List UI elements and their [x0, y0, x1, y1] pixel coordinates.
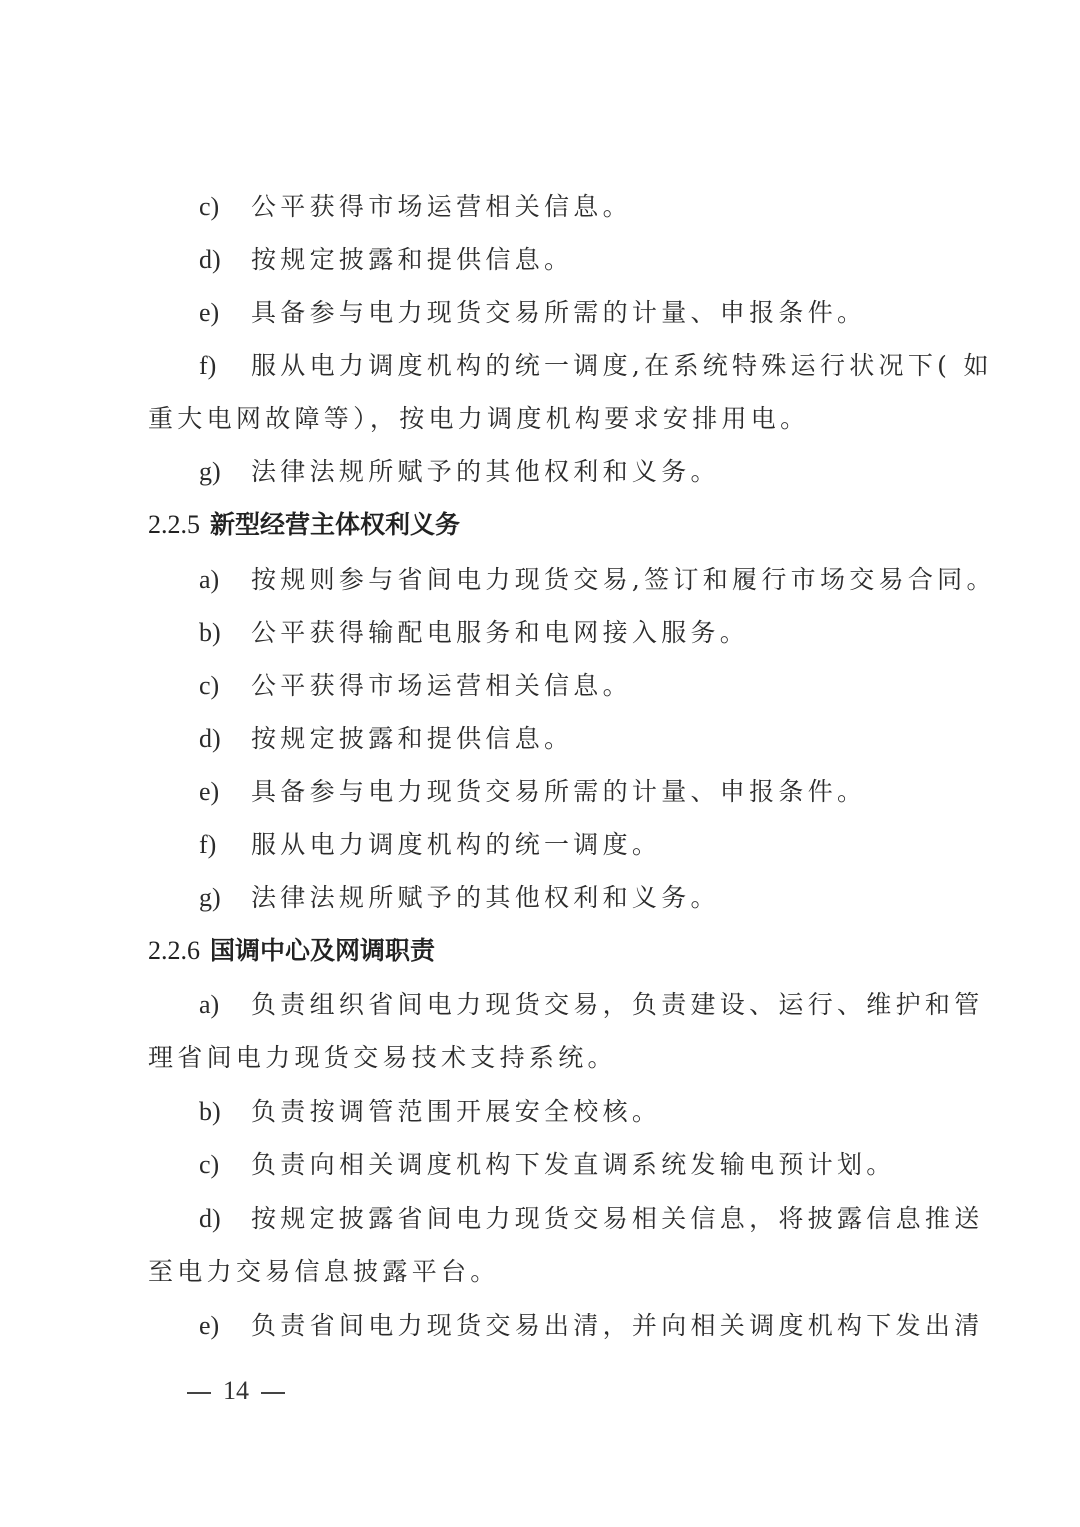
- section-heading: 2.2.5新型经营主体权利义务: [148, 505, 460, 545]
- list-item: d)按规定披露和提供信息。: [199, 240, 989, 280]
- item-text: 按规定披露和提供信息。: [251, 245, 573, 274]
- item-label: c): [199, 1145, 251, 1185]
- item-label: c): [199, 666, 251, 706]
- item-text: 负责向相关调度机构下发直调系统发输电预计划。: [251, 1150, 896, 1179]
- list-item-continuation: 重大电网故障等），按电力调度机构要求安排用电。: [148, 399, 938, 439]
- item-label: g): [199, 452, 251, 492]
- list-item: g)法律法规所赋予的其他权利和义务。: [199, 452, 989, 492]
- item-label: b): [199, 613, 251, 653]
- item-text: 服从电力调度机构的统一调度。: [251, 830, 661, 859]
- list-item: g)法律法规所赋予的其他权利和义务。: [199, 878, 989, 918]
- dash-decoration: [261, 1392, 285, 1394]
- item-label: e): [199, 772, 251, 812]
- list-item: c)公平获得市场运营相关信息。: [199, 187, 989, 227]
- item-label: d): [199, 240, 251, 280]
- list-item: e)具备参与电力现货交易所需的计量、申报条件。: [199, 293, 989, 333]
- item-label: f): [199, 825, 251, 865]
- page-number: 14: [175, 1373, 297, 1409]
- item-text: 具备参与电力现货交易所需的计量、申报条件。: [251, 298, 866, 327]
- list-item-continuation: 至电力交易信息披露平台。: [148, 1252, 938, 1292]
- item-text: 按规则参与省间电力现货交易,签订和履行市场交易合同。: [251, 565, 996, 594]
- dash-decoration: [187, 1392, 211, 1394]
- list-item: c)公平获得市场运营相关信息。: [199, 666, 989, 706]
- list-item: a)按规则参与省间电力现货交易,签订和履行市场交易合同。: [199, 560, 989, 600]
- section-number: 2.2.6: [148, 936, 200, 965]
- item-text: 负责按调管范围开展安全校核。: [251, 1097, 661, 1126]
- page-number-value: 14: [223, 1376, 249, 1405]
- item-text: 公平获得输配电服务和电网接入服务。: [251, 618, 749, 647]
- item-text: 服从电力调度机构的统一调度,在系统特殊运行状况下( 如: [251, 351, 993, 380]
- item-label: a): [199, 560, 251, 600]
- document-page: c)公平获得市场运营相关信息。 d)按规定披露和提供信息。 e)具备参与电力现货…: [0, 0, 1080, 1527]
- list-item: e)具备参与电力现货交易所需的计量、申报条件。: [199, 772, 989, 812]
- list-item: d)按规定披露和提供信息。: [199, 719, 989, 759]
- item-text: 公平获得市场运营相关信息。: [251, 671, 632, 700]
- list-item: b)负责按调管范围开展安全校核。: [199, 1092, 989, 1132]
- list-item: e)负责省间电力现货交易出清，并向相关调度机构下发出清: [199, 1306, 989, 1346]
- item-text: 法律法规所赋予的其他权利和义务。: [251, 457, 720, 486]
- item-text: 按规定披露省间电力现货交易相关信息，将披露信息推送: [251, 1204, 984, 1233]
- item-label: e): [199, 293, 251, 333]
- list-item: c)负责向相关调度机构下发直调系统发输电预计划。: [199, 1145, 989, 1185]
- item-text: 负责组织省间电力现货交易，负责建设、运行、维护和管: [251, 990, 984, 1019]
- list-item: f)服从电力调度机构的统一调度。: [199, 825, 989, 865]
- item-label: f): [199, 346, 251, 386]
- item-text: 公平获得市场运营相关信息。: [251, 192, 632, 221]
- item-label: g): [199, 878, 251, 918]
- item-text: 按规定披露和提供信息。: [251, 724, 573, 753]
- item-label: a): [199, 985, 251, 1025]
- item-text: 法律法规所赋予的其他权利和义务。: [251, 883, 720, 912]
- item-label: d): [199, 719, 251, 759]
- section-title: 国调中心及网调职责: [210, 936, 435, 965]
- item-label: b): [199, 1092, 251, 1132]
- section-title: 新型经营主体权利义务: [210, 510, 460, 539]
- list-item: f)服从电力调度机构的统一调度,在系统特殊运行状况下( 如: [199, 346, 989, 386]
- item-label: e): [199, 1306, 251, 1346]
- section-number: 2.2.5: [148, 510, 200, 539]
- list-item: b)公平获得输配电服务和电网接入服务。: [199, 613, 989, 653]
- section-heading: 2.2.6国调中心及网调职责: [148, 931, 435, 971]
- list-item: d)按规定披露省间电力现货交易相关信息，将披露信息推送: [199, 1199, 989, 1239]
- item-label: c): [199, 187, 251, 227]
- list-item-continuation: 理省间电力现货交易技术支持系统。: [148, 1038, 938, 1078]
- item-text: 具备参与电力现货交易所需的计量、申报条件。: [251, 777, 866, 806]
- item-label: d): [199, 1199, 251, 1239]
- item-text: 负责省间电力现货交易出清，并向相关调度机构下发出清: [251, 1311, 984, 1340]
- list-item: a)负责组织省间电力现货交易，负责建设、运行、维护和管: [199, 985, 989, 1025]
